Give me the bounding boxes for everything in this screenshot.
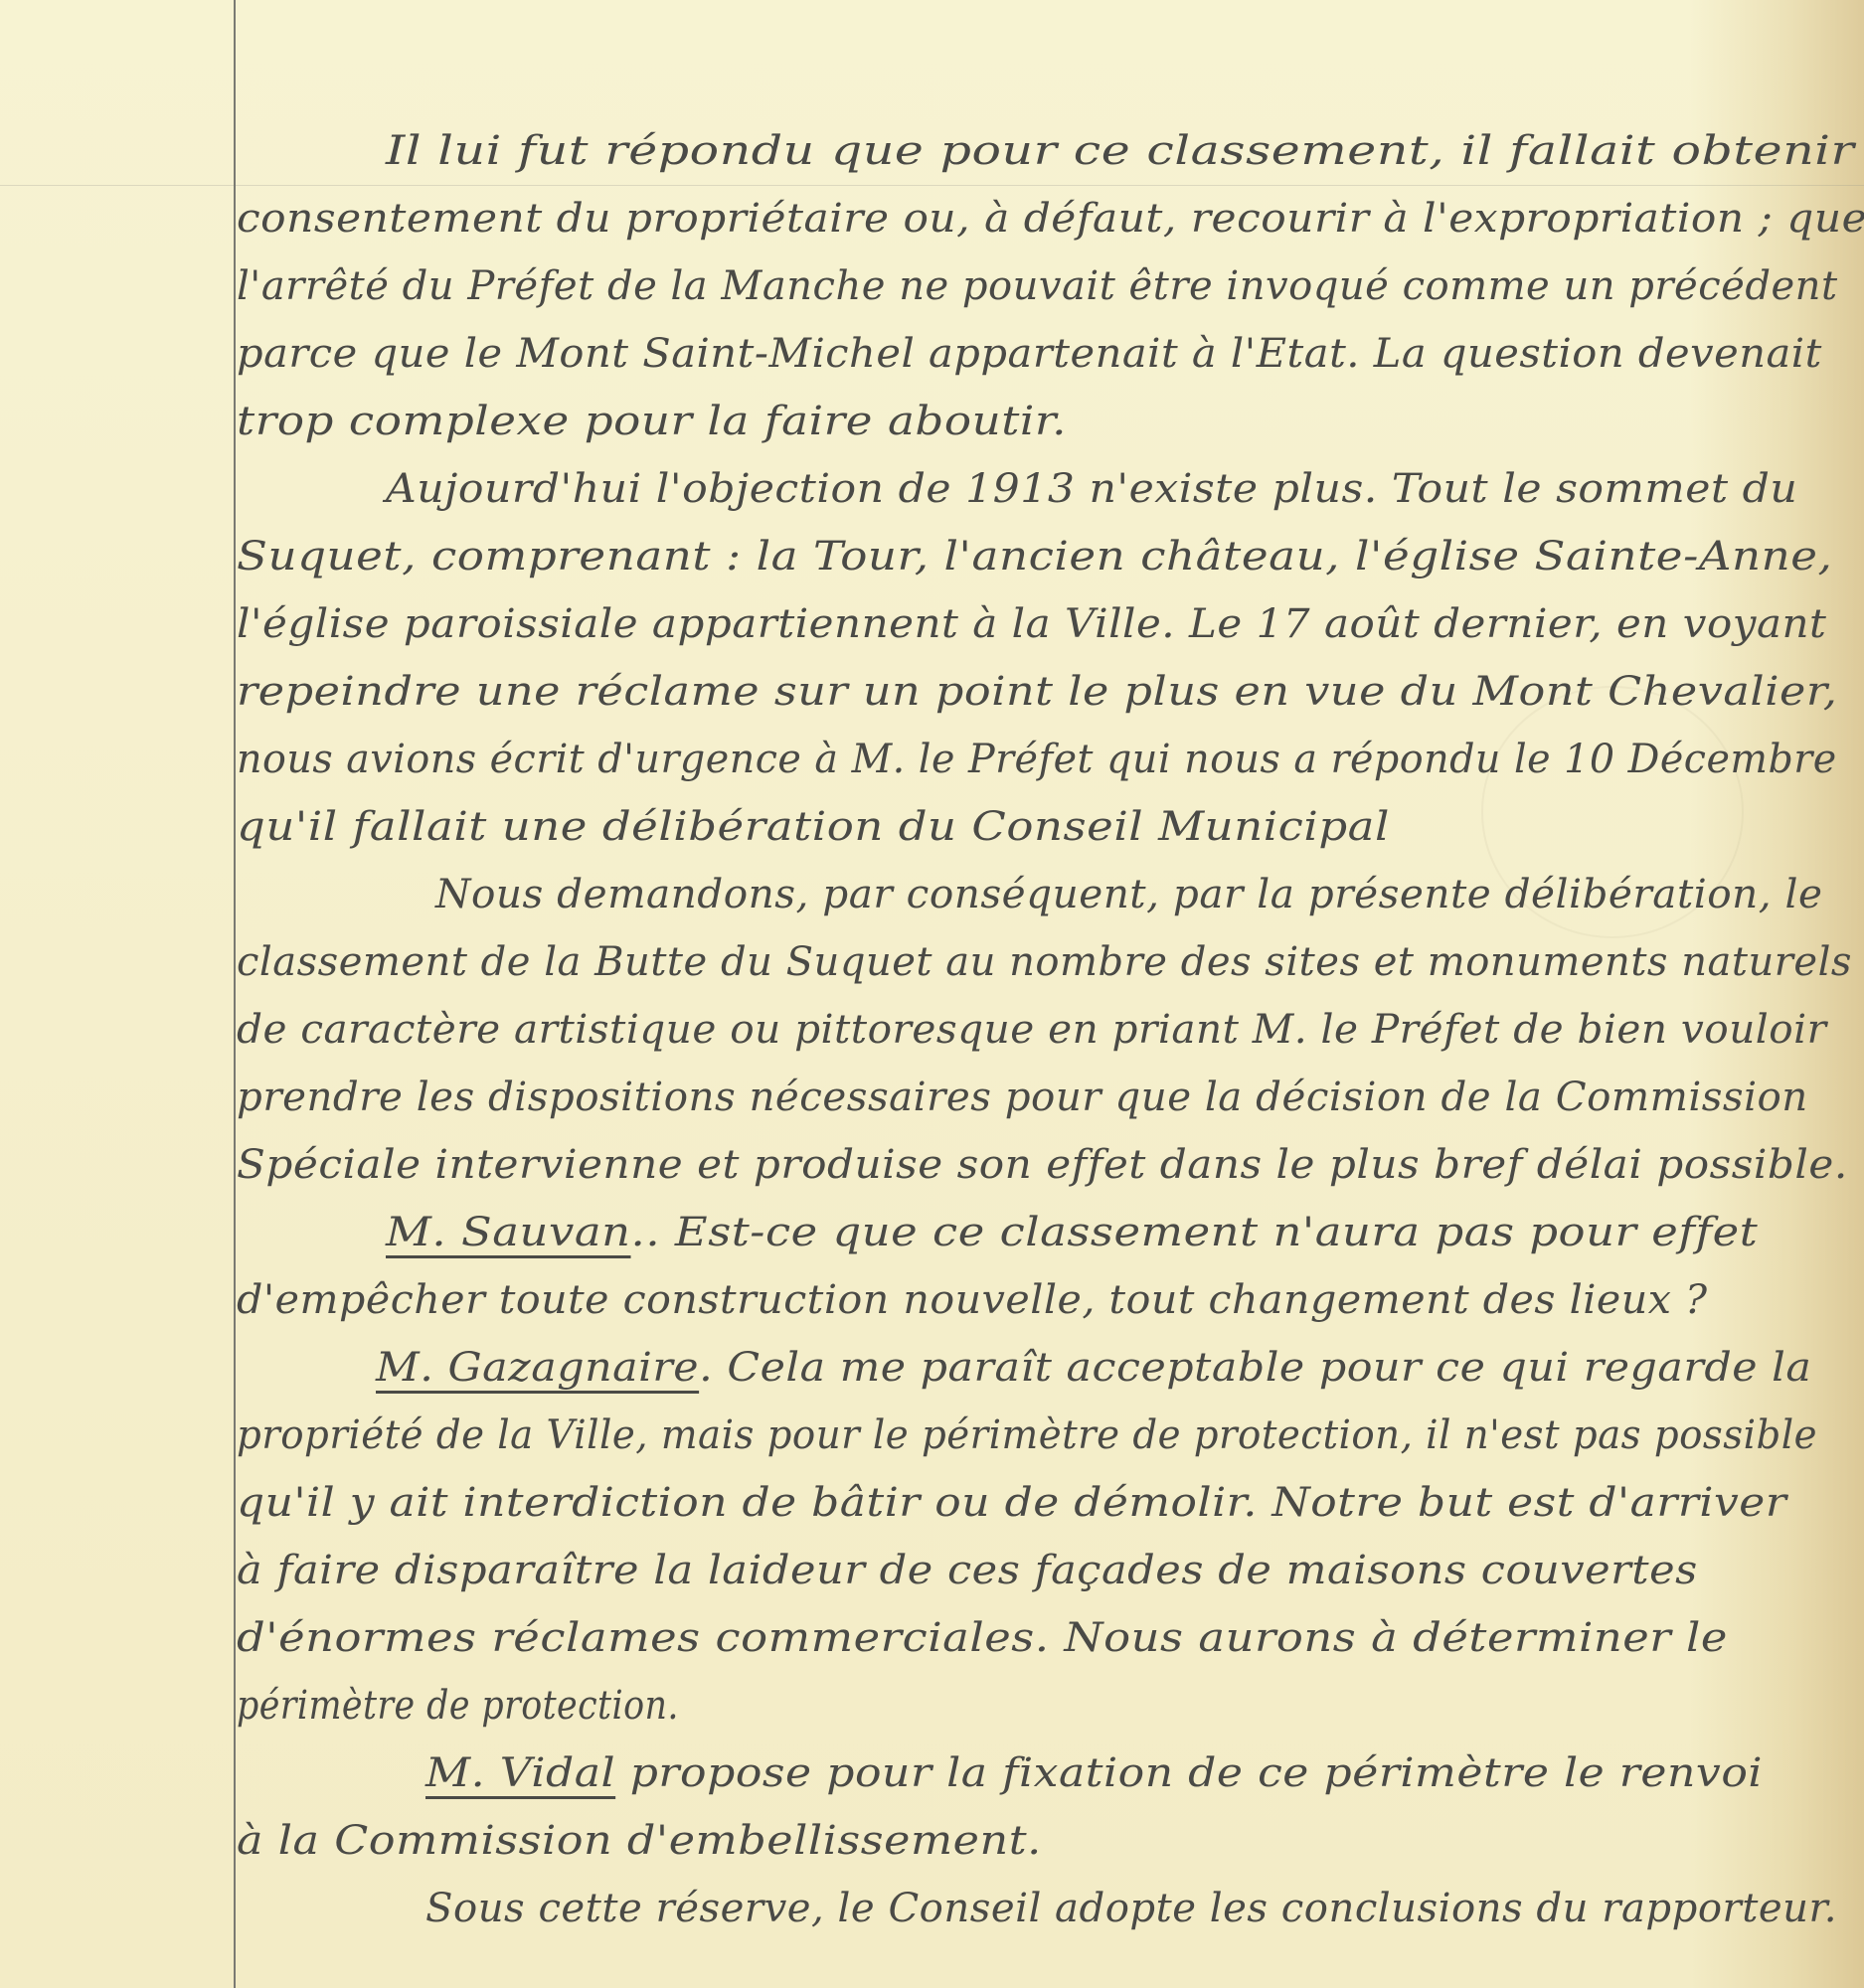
line-text: Il lui fut répondu que pour ce classemen…: [386, 128, 1864, 174]
line-text: Aujourd'hui l'objection de 1913 n'existe…: [386, 466, 1797, 512]
line-text: l'arrêté du Préfet de la Manche ne pouva…: [237, 263, 1838, 309]
speaker-name: M. Sauvan: [386, 1210, 631, 1255]
margin-line: [234, 0, 236, 1988]
line-text: à la Commission d'embellissement.: [237, 1818, 1042, 1864]
text-line: consentement du propriétaire ou, à défau…: [237, 195, 1864, 243]
line-text: d'énormes réclames commerciales. Nous au…: [237, 1615, 1728, 1661]
line-text: de caractère artistique ou pittoresque e…: [237, 1007, 1827, 1053]
text-line: prendre les dispositions nécessaires pou…: [237, 1074, 1808, 1121]
line-text: .. Est-ce que ce classement n'aura pas p…: [631, 1210, 1759, 1255]
text-line: Aujourd'hui l'objection de 1913 n'existe…: [386, 465, 1797, 513]
text-line: à la Commission d'embellissement.: [237, 1817, 1042, 1865]
text-line: de caractère artistique ou pittoresque e…: [237, 1006, 1827, 1054]
line-text: Nous demandons, par conséquent, par la p…: [435, 872, 1822, 917]
text-line: qu'il fallait une délibération du Consei…: [237, 803, 1390, 851]
line-text: périmètre de protection.: [237, 1683, 679, 1729]
text-line: qu'il y ait interdiction de bâtir ou de …: [237, 1479, 1786, 1527]
speaker-line: M. Sauvan.. Est-ce que ce classement n'a…: [386, 1209, 1758, 1256]
line-text: repeindre une réclame sur un point le pl…: [237, 669, 1837, 715]
line-text: qu'il y ait interdiction de bâtir ou de …: [237, 1480, 1786, 1526]
line-text: propriété de la Ville, mais pour le péri…: [237, 1412, 1817, 1458]
line-text: d'empêcher toute construction nouvelle, …: [237, 1277, 1708, 1323]
handwritten-text-body: Il lui fut répondu que pour ce classemen…: [237, 0, 1827, 1988]
line-text: l'église paroissiale appartiennent à la …: [237, 601, 1826, 647]
speaker-name: M. Gazagnaire: [376, 1345, 699, 1391]
text-line: d'énormes réclames commerciales. Nous au…: [237, 1614, 1728, 1662]
text-line: l'église paroissiale appartiennent à la …: [237, 600, 1826, 648]
text-line: Il lui fut répondu que pour ce classemen…: [386, 127, 1864, 175]
text-line: parce que le Mont Saint-Michel appartena…: [237, 330, 1822, 378]
text-line: Spéciale intervienne et produise son eff…: [237, 1141, 1848, 1189]
line-text: prendre les dispositions nécessaires pou…: [237, 1075, 1808, 1120]
line-text: propose pour la fixation de ce périmètre…: [615, 1750, 1763, 1796]
text-line: repeindre une réclame sur un point le pl…: [237, 668, 1837, 716]
speaker-name: M. Vidal: [425, 1750, 615, 1796]
line-text: parce que le Mont Saint-Michel appartena…: [237, 331, 1822, 377]
speaker-line: M. Vidal propose pour la fixation de ce …: [425, 1749, 1763, 1797]
speaker-line: M. Gazagnaire. Cela me paraît acceptable…: [376, 1344, 1811, 1392]
line-text: qu'il fallait une délibération du Consei…: [237, 804, 1390, 850]
line-text: . Cela me paraît acceptable pour ce qui …: [699, 1345, 1811, 1391]
text-line: Nous demandons, par conséquent, par la p…: [435, 871, 1822, 918]
text-line: à faire disparaître la laideur de ces fa…: [237, 1547, 1698, 1594]
text-line: classement de la Butte du Suquet au nomb…: [237, 938, 1852, 986]
line-text: Suquet, comprenant : la Tour, l'ancien c…: [237, 534, 1832, 580]
text-line: trop complexe pour la faire aboutir.: [237, 398, 1067, 445]
line-text: Spéciale intervienne et produise son eff…: [237, 1142, 1848, 1188]
line-text: Sous cette réserve, le Conseil adopte le…: [425, 1886, 1837, 1931]
line-text: trop complexe pour la faire aboutir.: [237, 399, 1067, 444]
text-line: Suquet, comprenant : la Tour, l'ancien c…: [237, 533, 1832, 580]
line-text: consentement du propriétaire ou, à défau…: [237, 196, 1864, 242]
line-text: à faire disparaître la laideur de ces fa…: [237, 1548, 1698, 1593]
text-line: nous avions écrit d'urgence à M. le Préf…: [237, 736, 1837, 783]
text-line: d'empêcher toute construction nouvelle, …: [237, 1276, 1708, 1324]
line-text: classement de la Butte du Suquet au nomb…: [237, 939, 1852, 985]
text-line: Sous cette réserve, le Conseil adopte le…: [425, 1885, 1837, 1932]
text-line: propriété de la Ville, mais pour le péri…: [237, 1411, 1817, 1459]
text-line: l'arrêté du Préfet de la Manche ne pouva…: [237, 262, 1838, 310]
line-text: nous avions écrit d'urgence à M. le Préf…: [237, 737, 1837, 782]
text-line: périmètre de protection.: [237, 1682, 679, 1730]
